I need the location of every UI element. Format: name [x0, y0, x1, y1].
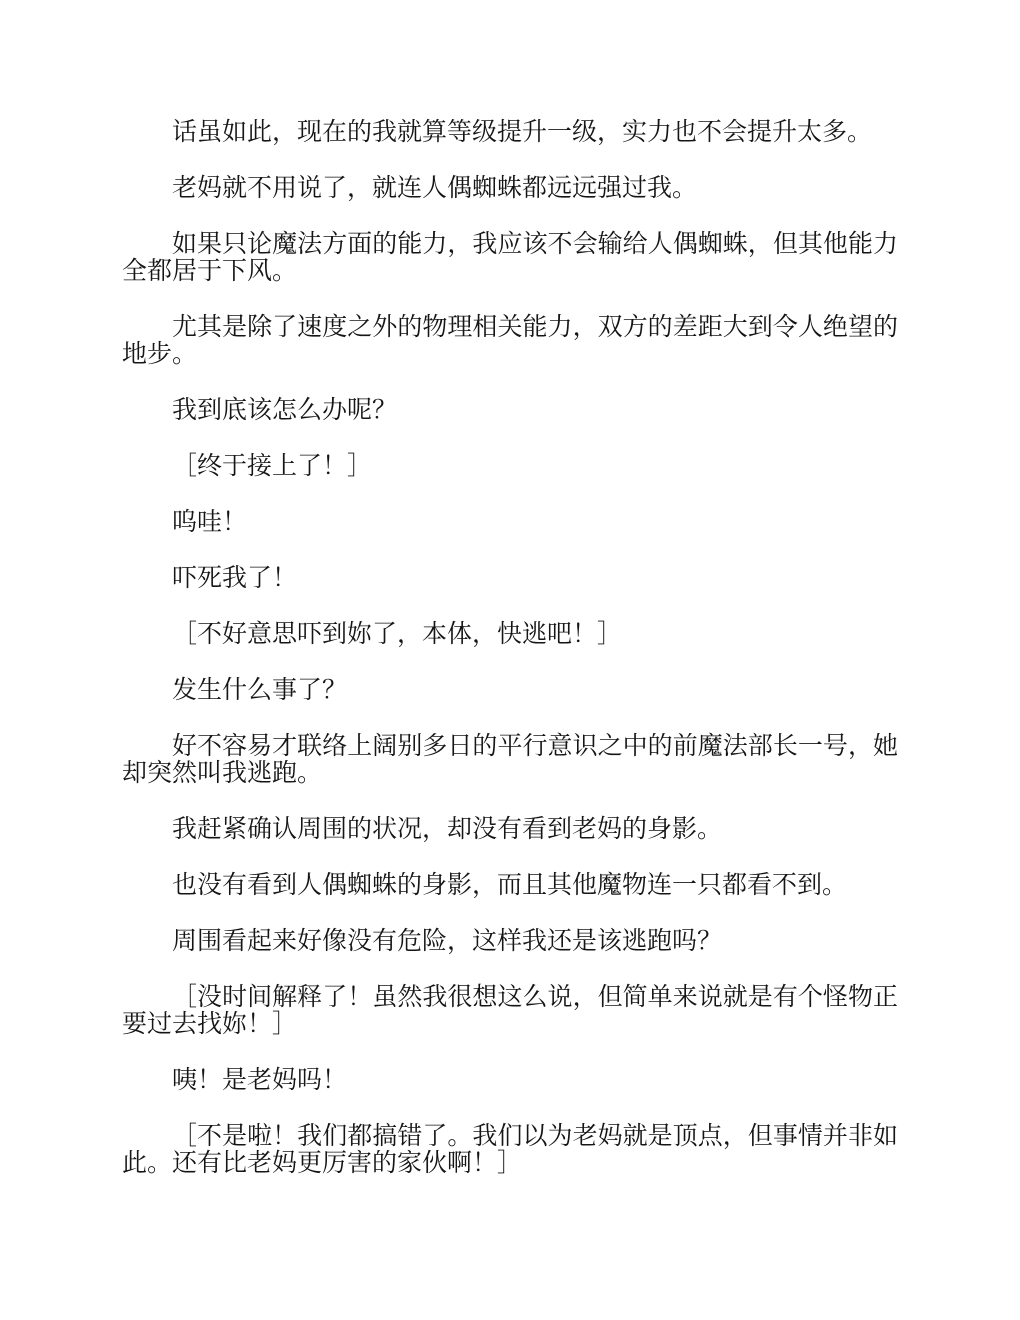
paragraph: ［不是啦！我们都搞错了。我们以为老妈就是顶点，但事情并非如此。还有比老妈更厉害的…: [122, 1123, 898, 1177]
paragraph: 老妈就不用说了，就连人偶蜘蛛都远远强过我。: [122, 175, 898, 202]
paragraph: 好不容易才联络上阔别多日的平行意识之中的前魔法部长一号，她却突然叫我逃跑。: [122, 733, 898, 787]
document-viewer: { "page": { "background": "#ffffff", "te…: [0, 0, 1020, 1320]
paragraph: 我到底该怎么办呢？: [122, 397, 898, 424]
paragraph: ［没时间解释了！虽然我很想这么说，但简单来说就是有个怪物正要过去找妳！］: [122, 984, 898, 1038]
paragraph: 话虽如此，现在的我就算等级提升一级，实力也不会提升太多。: [122, 119, 898, 146]
document-page: 话虽如此，现在的我就算等级提升一级，实力也不会提升太多。老妈就不用说了，就连人偶…: [0, 0, 1020, 1320]
paragraph: ［终于接上了！］: [122, 453, 898, 480]
paragraph: 发生什么事了？: [122, 677, 898, 704]
paragraph: 周围看起来好像没有危险，这样我还是该逃跑吗？: [122, 928, 898, 955]
paragraph: 也没有看到人偶蜘蛛的身影，而且其他魔物连一只都看不到。: [122, 872, 898, 899]
paragraph: 如果只论魔法方面的能力，我应该不会输给人偶蜘蛛，但其他能力全都居于下风。: [122, 231, 898, 285]
text-content: 话虽如此，现在的我就算等级提升一级，实力也不会提升太多。老妈就不用说了，就连人偶…: [122, 119, 898, 1177]
paragraph: 呜哇！: [122, 509, 898, 536]
paragraph: 吓死我了！: [122, 565, 898, 592]
paragraph: 尤其是除了速度之外的物理相关能力，双方的差距大到令人绝望的地步。: [122, 314, 898, 368]
paragraph: 我赶紧确认周围的状况，却没有看到老妈的身影。: [122, 816, 898, 843]
paragraph: 咦！是老妈吗！: [122, 1067, 898, 1094]
paragraph: ［不好意思吓到妳了，本体，快逃吧！］: [122, 621, 898, 648]
